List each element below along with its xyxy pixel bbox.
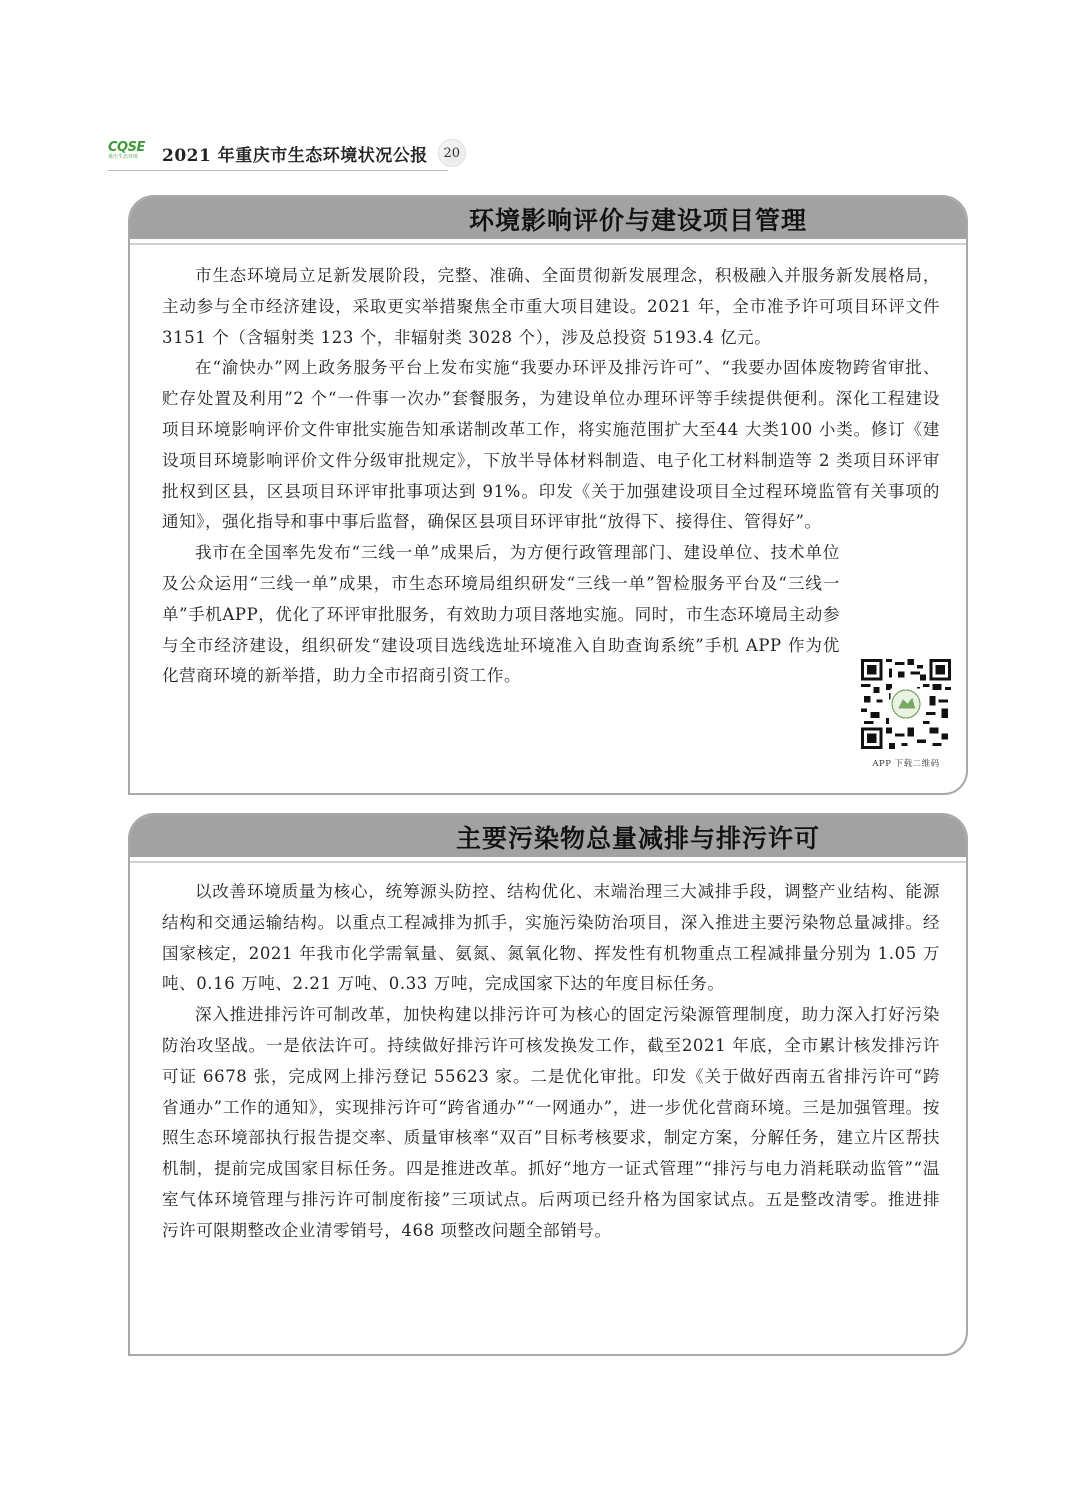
paragraph: 我市在全国率先发布“三线一单”成果后，为方便行政管理部门、建设单位、技术单位及公…: [162, 538, 940, 692]
paragraph: 在“渝快办”网上政务服务平台上发布实施“我要办环评及排污许可”、“我要办固体废物…: [162, 353, 940, 538]
section-header: 环境影响评价与建设项目管理: [130, 197, 966, 243]
logo: CQSE 重庆生态环境: [108, 142, 154, 164]
qr-block: APP 下载二维码: [858, 659, 954, 769]
paragraph: 市生态环境局立足新发展阶段，完整、准确、全面贯彻新发展理念，积极融入并服务新发展…: [162, 261, 940, 353]
section-title: 环境影响评价与建设项目管理: [130, 201, 966, 237]
section-body: 以改善环境质量为核心，统筹源头防控、结构优化、末端治理三大减排手段，调整产业结构…: [162, 877, 940, 1247]
logo-text: CQSE: [108, 142, 154, 154]
page-number: 20: [438, 139, 466, 167]
qr-caption: APP 下载二维码: [858, 757, 954, 769]
report-title: 2021 年重庆市生态环境状况公报: [162, 141, 428, 166]
section-header: 主要污染物总量减排与排污许可: [130, 815, 966, 861]
section-eia: 环境影响评价与建设项目管理 市生态环境局立足新发展阶段，完整、准确、全面贯彻新发…: [128, 195, 968, 795]
paragraph: 以改善环境质量为核心，统筹源头防控、结构优化、末端治理三大减排手段，调整产业结构…: [162, 877, 940, 1000]
header-divider: [108, 170, 448, 171]
page-header: CQSE 重庆生态环境 2021 年重庆市生态环境状况公报 20: [108, 138, 466, 168]
section-title: 主要污染物总量减排与排污许可: [130, 819, 966, 855]
logo-subtext: 重庆生态环境: [108, 154, 154, 161]
qr-code-icon[interactable]: [861, 659, 951, 749]
paragraph: 深入推进排污许可制改革，加快构建以排污许可为核心的固定污染源管理制度，助力深入打…: [162, 1000, 940, 1246]
section-body: 市生态环境局立足新发展阶段，完整、准确、全面贯彻新发展理念，积极融入并服务新发展…: [162, 261, 940, 692]
section-emission-reduction: 主要污染物总量减排与排污许可 以改善环境质量为核心，统筹源头防控、结构优化、末端…: [128, 813, 968, 1356]
